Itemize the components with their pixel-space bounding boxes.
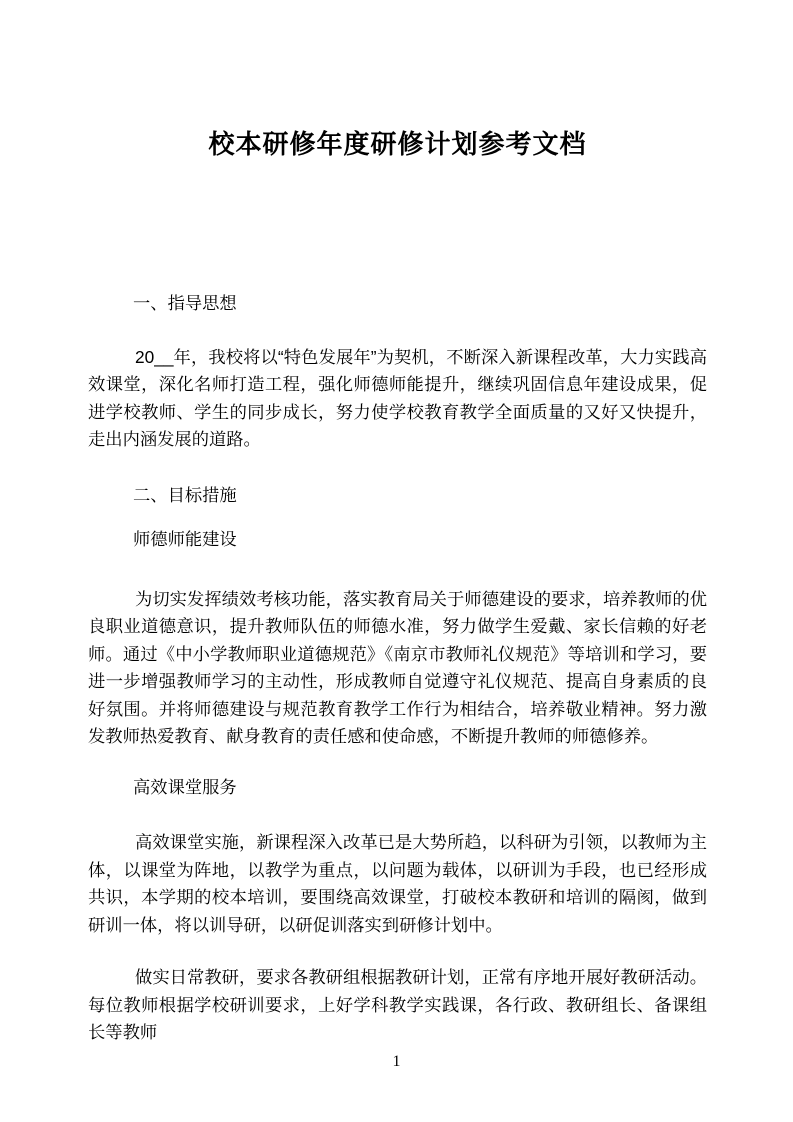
- paragraph-guiding-ideology: 20__年，我校将以“特色发展年”为契机，不断深入新课程改革，大力实践高效课堂，…: [88, 344, 707, 454]
- subheading-teacher-ethics: 师德师能建设: [88, 526, 707, 554]
- paragraph-efficient-classroom: 高效课堂实施，新课程深入改革已是大势所趋，以科研为引领，以教师为主体，以课堂为阵…: [88, 829, 707, 939]
- section-heading-guiding-ideology: 一、指导思想: [88, 290, 707, 318]
- subheading-efficient-classroom: 高效课堂服务: [88, 774, 707, 802]
- page-number: 1: [0, 1052, 793, 1072]
- document-content: 校本研修年度研修计划参考文档 一、指导思想 20__年，我校将以“特色发展年”为…: [0, 126, 793, 1047]
- section-heading-goals-measures: 二、目标措施: [88, 482, 707, 510]
- paragraph-daily-research: 做实日常教研，要求各教研组根据教研计划，正常有序地开展好教研活动。每位教师根据学…: [88, 964, 707, 1047]
- document-page: 校本研修年度研修计划参考文档 一、指导思想 20__年，我校将以“特色发展年”为…: [0, 0, 793, 1122]
- document-title: 校本研修年度研修计划参考文档: [88, 126, 707, 162]
- paragraph-teacher-ethics: 为切实发挥绩效考核功能，落实教育局关于师德建设的要求，培养教师的优良职业道德意识…: [88, 586, 707, 751]
